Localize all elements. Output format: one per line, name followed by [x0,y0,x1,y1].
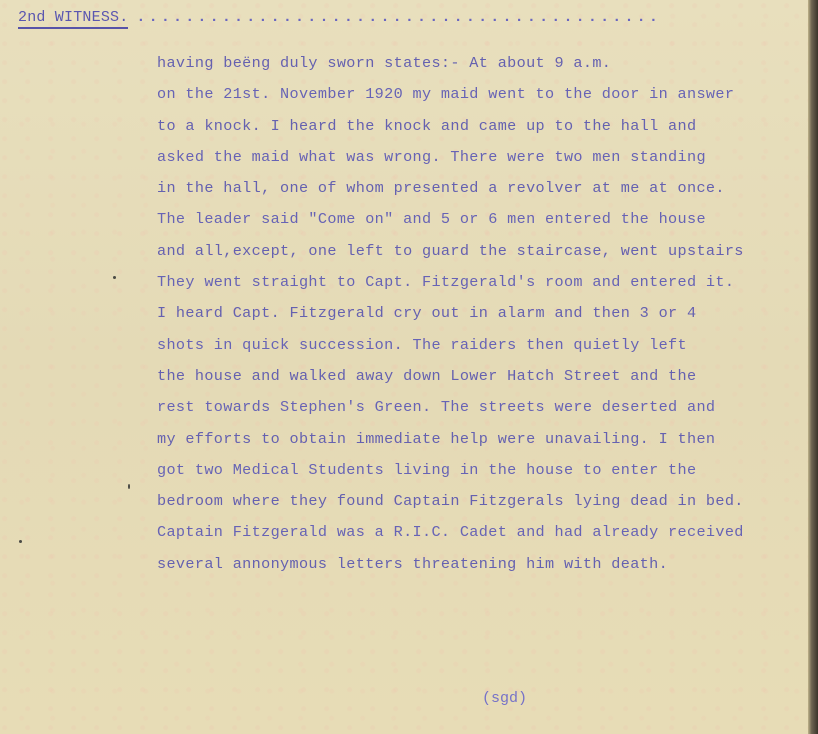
statement-line: several annonymous letters threatening h… [157,549,817,580]
statement-line: having beëng duly sworn states:- At abou… [157,48,817,79]
statement-line: rest towards Stephen's Green. The street… [157,392,817,423]
paper-speck [19,540,22,543]
page-edge-shadow [808,0,818,734]
statement-line: Captain Fitzgerald was a R.I.C. Cadet an… [157,517,817,548]
statement-line: bedroom where they found Captain Fitzger… [157,486,817,517]
statement-line: the house and walked away down Lower Hat… [157,361,817,392]
statement-line: to a knock. I heard the knock and came u… [157,111,817,142]
statement-line: my efforts to obtain immediate help were… [157,424,817,455]
signature-mark: (sgd) [482,690,527,707]
statement-line: in the hall, one of whom presented a rev… [157,173,817,204]
statement-line: I heard Capt. Fitzgerald cry out in alar… [157,298,817,329]
dotted-leader: ........................................… [136,9,661,26]
paper-speck [128,484,130,489]
statement-line: and all,except, one left to guard the st… [157,236,817,267]
statement-line: The leader said "Come on" and 5 or 6 men… [157,204,817,235]
typewritten-document-page: 2nd WITNESS.............................… [0,0,808,734]
statement-line: asked the maid what was wrong. There wer… [157,142,817,173]
witness-heading: 2nd WITNESS. [18,9,128,29]
witness-statement: having beëng duly sworn states:- At abou… [157,48,817,580]
statement-line: on the 21st. November 1920 my maid went … [157,79,817,110]
statement-line: shots in quick succession. The raiders t… [157,330,817,361]
paper-speck [113,276,116,279]
heading-row: 2nd WITNESS.............................… [18,9,661,29]
statement-line: got two Medical Students living in the h… [157,455,817,486]
statement-line: They went straight to Capt. Fitzgerald's… [157,267,817,298]
